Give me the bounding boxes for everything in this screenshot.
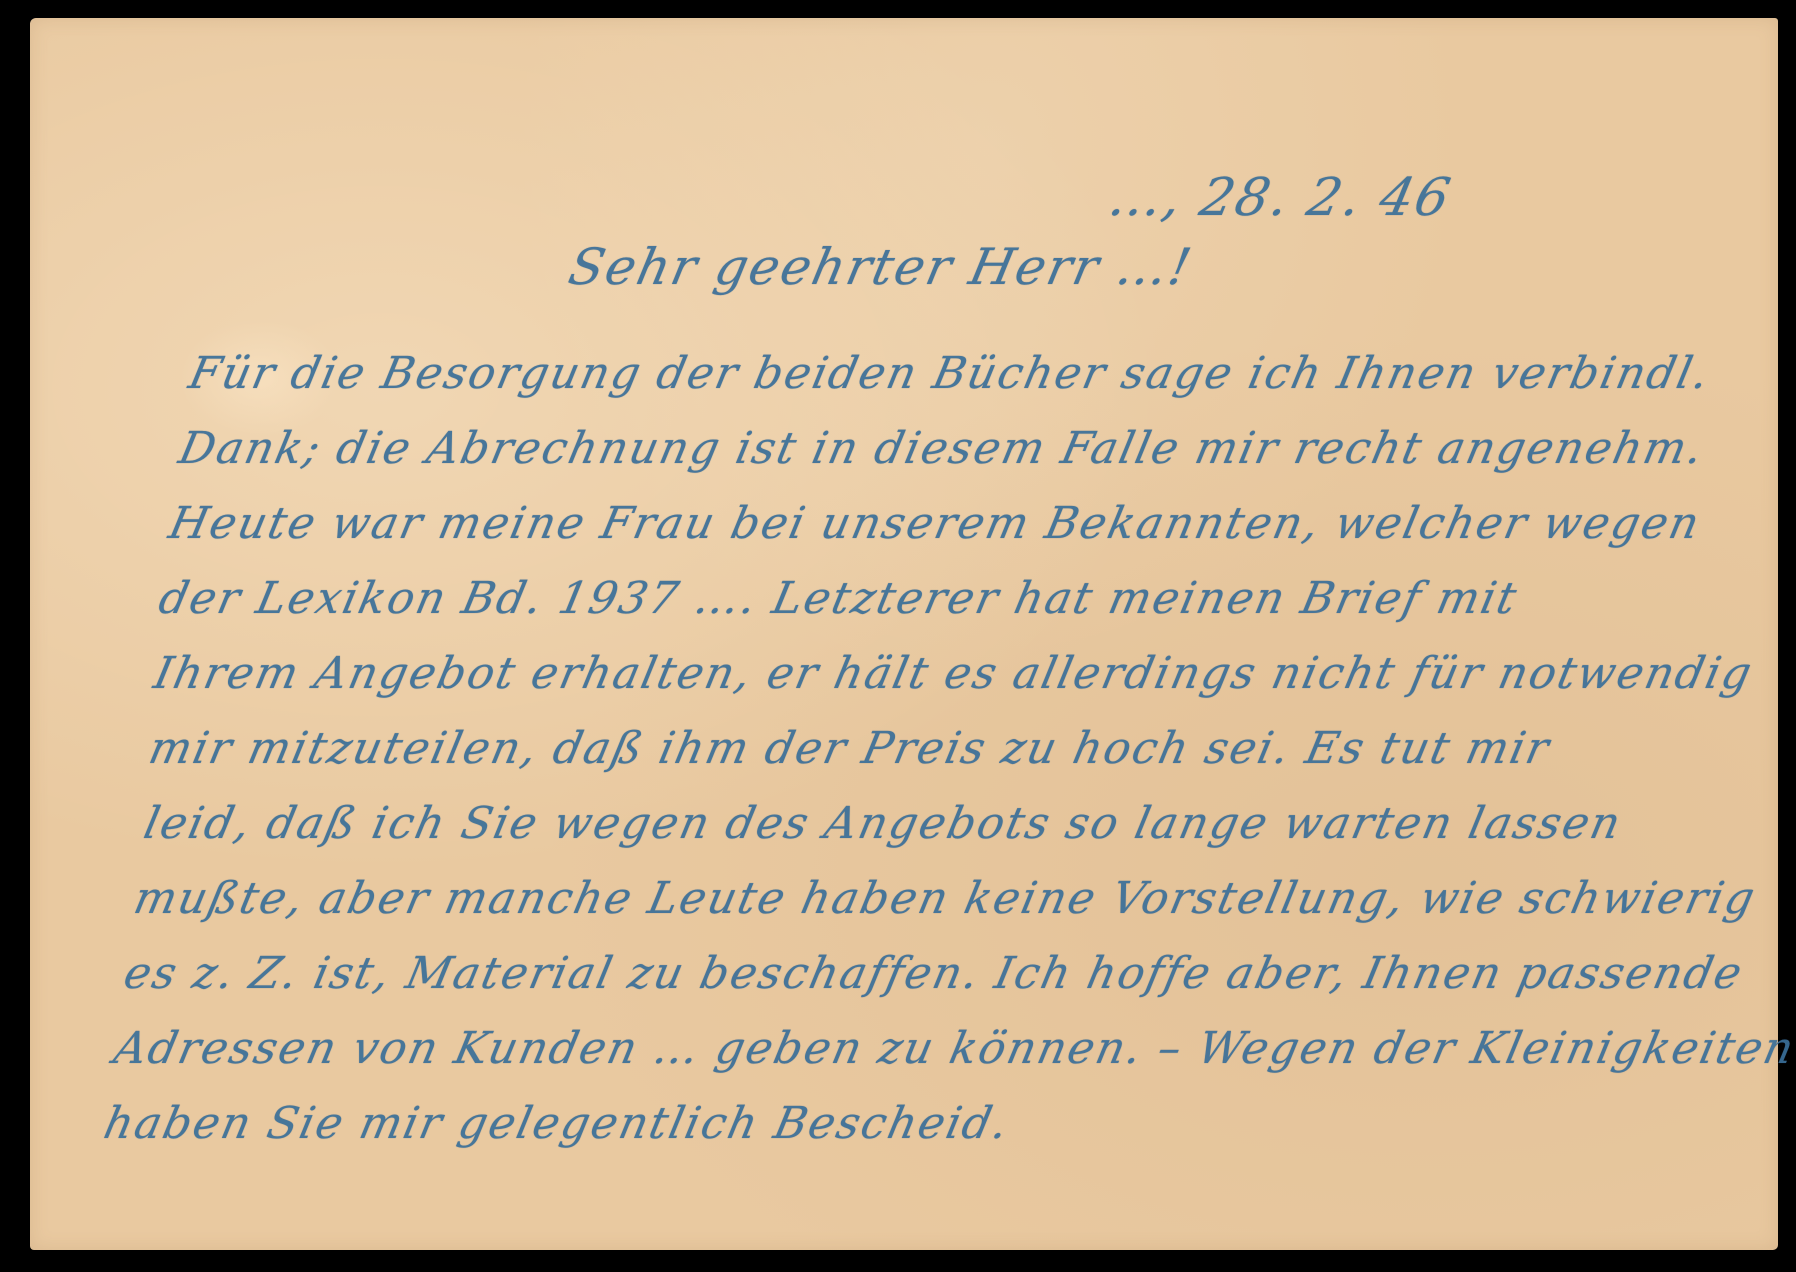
text-line: Für die Besorgung der beiden Bücher sage… xyxy=(185,348,1715,399)
text-line: mußte, aber manche Leute haben keine Vor… xyxy=(130,873,1761,924)
text-line: der Lexikon Bd. 1937 …. Letzterer hat me… xyxy=(155,573,1523,624)
text-line: Adressen von Kunden … geben zu können. –… xyxy=(110,1023,1796,1074)
salutation: Sehr geehrter Herr …! xyxy=(564,238,1198,296)
text-line: haben Sie mir gelegentlich Bescheid. xyxy=(100,1098,1015,1149)
date-line: …, 28. 2. 46 xyxy=(1104,168,1457,228)
text-line: Dank; die Abrechnung ist in diesem Falle… xyxy=(175,423,1710,474)
text-line: mir mitzuteilen, daß ihm der Preis zu ho… xyxy=(145,723,1555,774)
postcard: …, 28. 2. 46 Sehr geehrter Herr …! Für d… xyxy=(30,18,1778,1250)
text-line: leid, daß ich Sie wegen des Angebots so … xyxy=(140,798,1627,849)
text-line: Heute war meine Frau bei unserem Bekannt… xyxy=(165,498,1706,549)
text-line: es z. Z. ist, Material zu beschaffen. Ic… xyxy=(120,948,1748,999)
text-line: Ihrem Angebot erhalten, er hält es aller… xyxy=(150,648,1758,699)
